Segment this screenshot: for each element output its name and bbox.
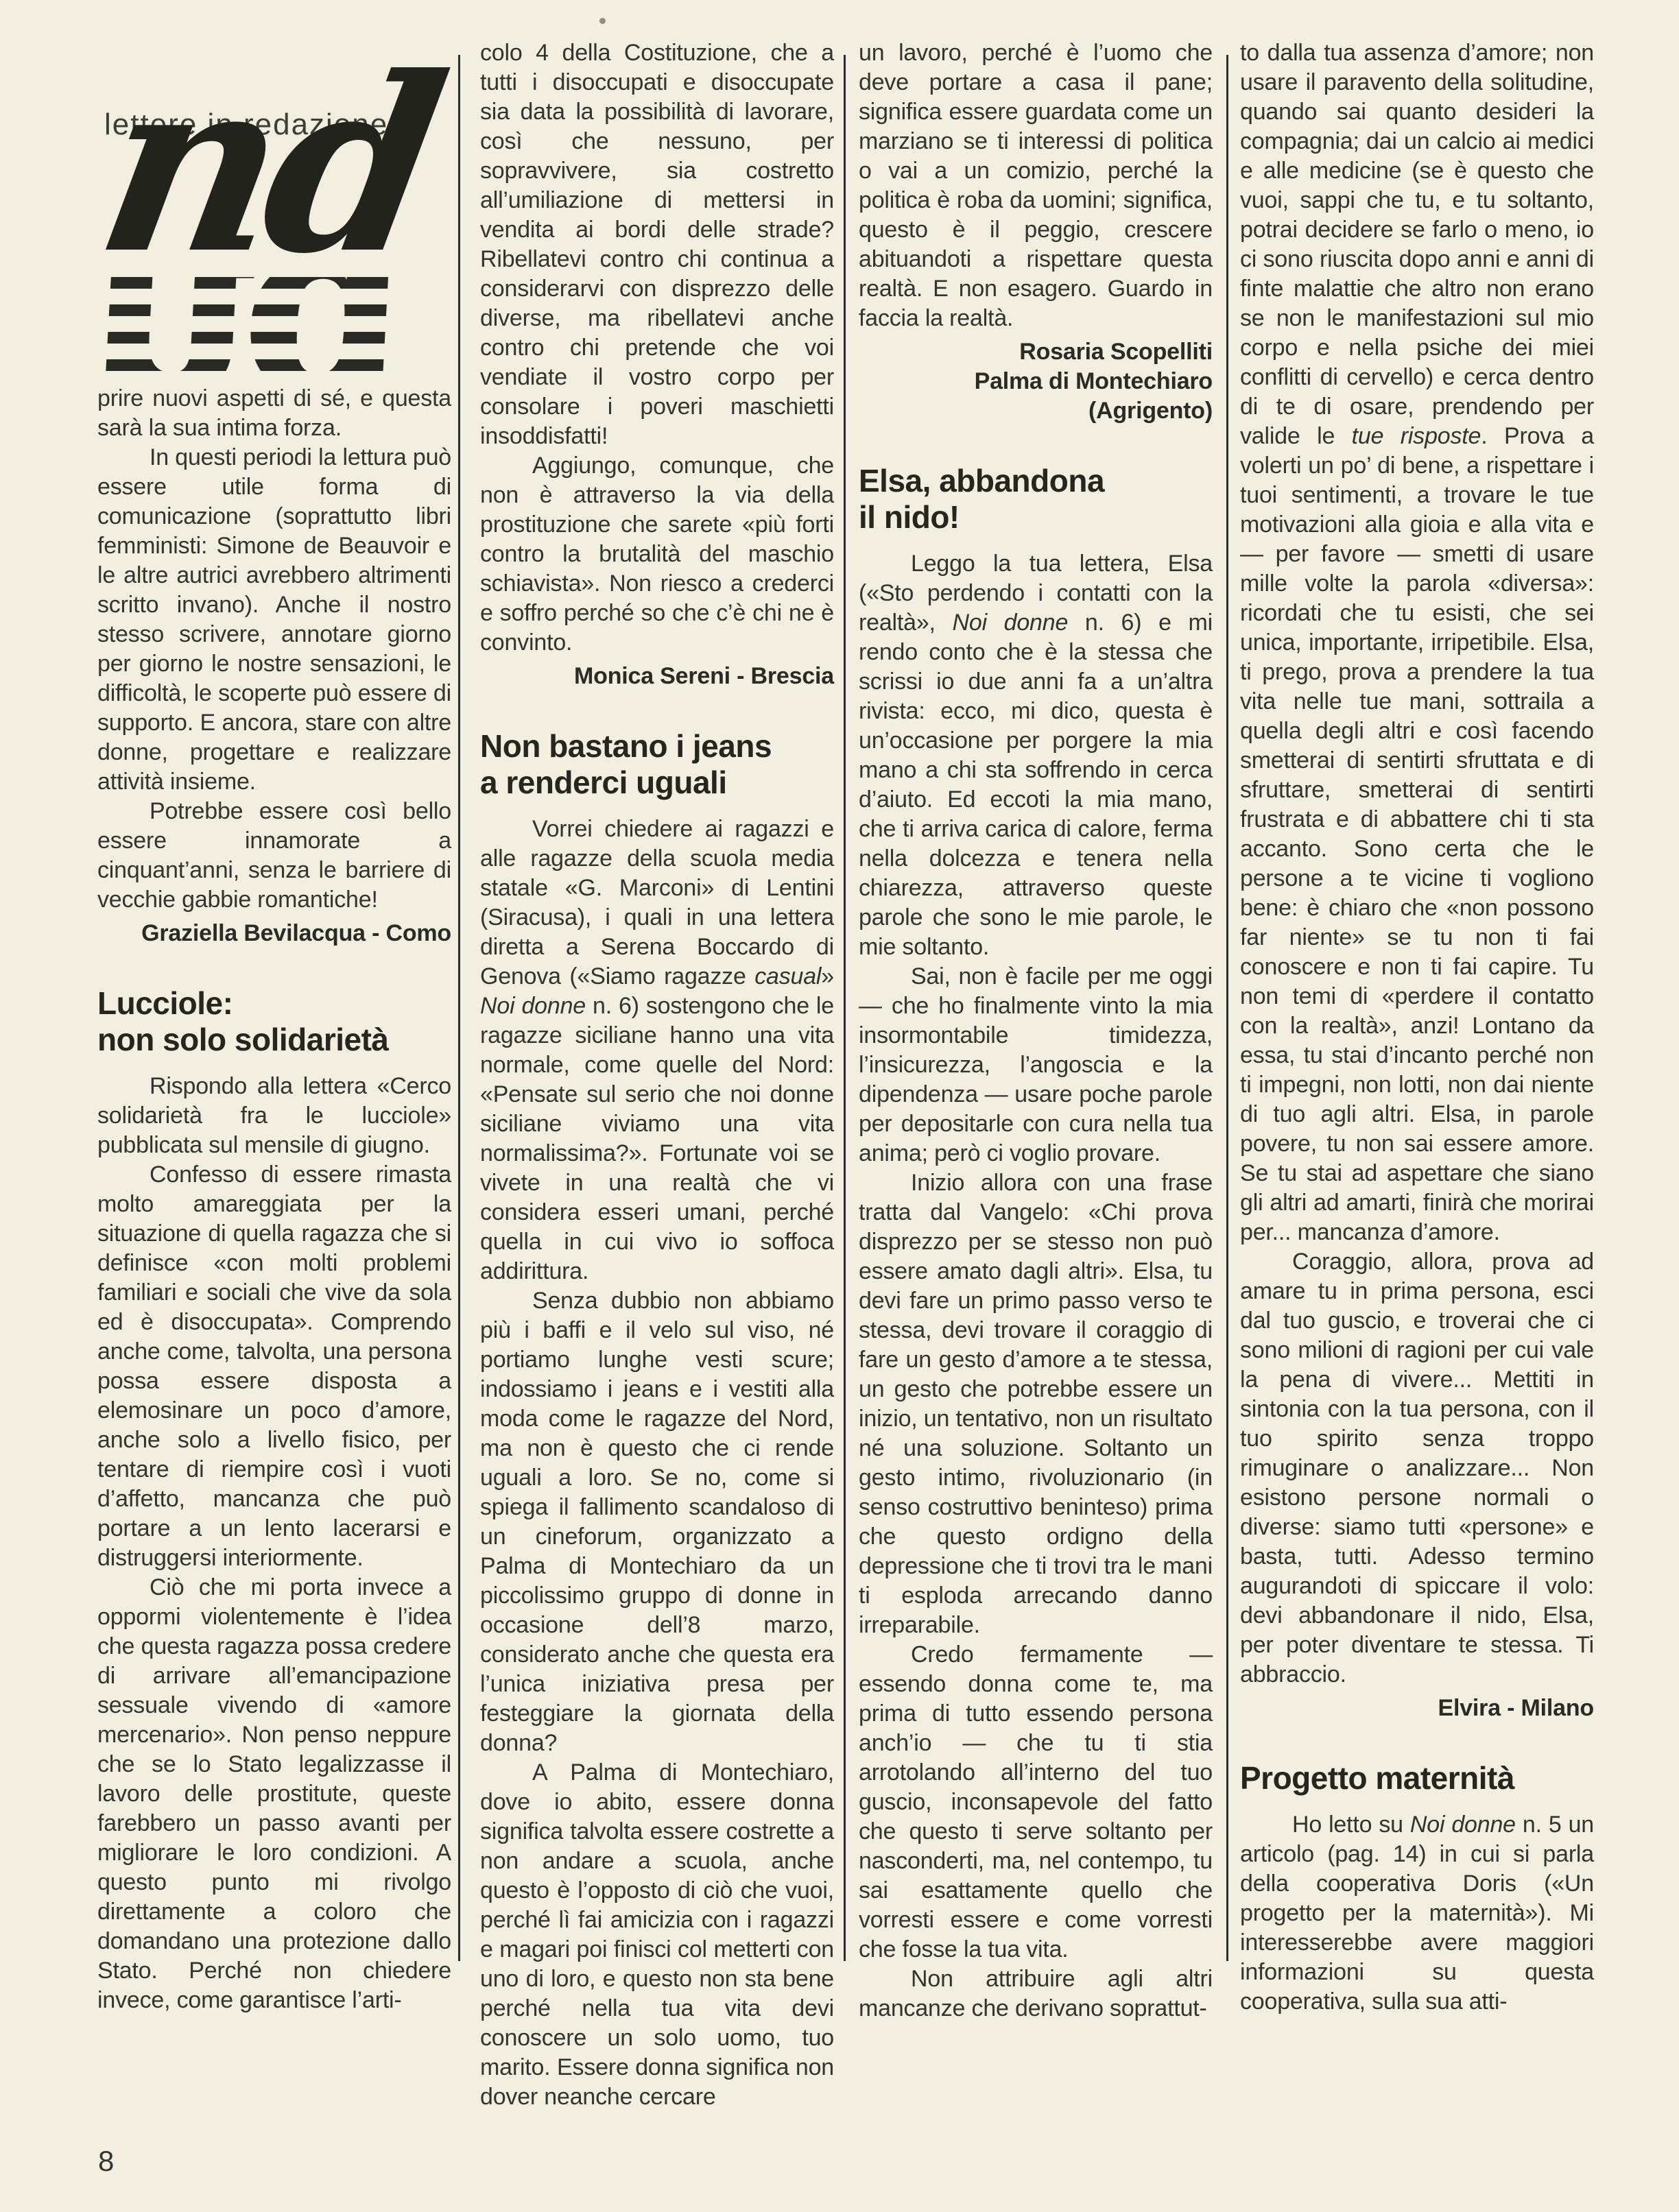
letter-paragraph: Leggo la tua lettera, Elsa («Sto perdend… (859, 549, 1213, 962)
letter-paragraph: Rispondo alla lettera «Cerco solidarietà… (97, 1072, 451, 1160)
letter-signature: Monica Sereni - Brescia (480, 662, 834, 691)
nd-logo-glyph: nd (86, 45, 449, 285)
letter-paragraph: un lavoro, perché è l’uomo che deve port… (859, 38, 1213, 333)
letter-heading: Elsa, abbandonail nido! (859, 463, 1213, 536)
column-divider (1226, 55, 1228, 1961)
letter-paragraph: to dalla tua assenza d’amore; non usare … (1240, 38, 1594, 1247)
letter-paragraph: Vorrei chiedere ai ragazzi e alle ragazz… (480, 815, 834, 1286)
letter-paragraph: In questi periodi la lettura può essere … (97, 443, 451, 797)
letter-paragraph: Credo fermamente — essendo donna come te… (859, 1640, 1213, 1964)
column-4: to dalla tua assenza d’amore; non usare … (1240, 38, 1594, 2017)
letter-heading: Progetto maternità (1240, 1760, 1594, 1796)
nd-logo-reflection: nd (93, 277, 464, 385)
letter-paragraph: Aggiungo, comunque, che non è attraverso… (480, 451, 834, 658)
letter-paragraph: Potrebbe essere così bello essere innamo… (97, 797, 451, 915)
nd-logo-reflection-glyph: nd (93, 277, 427, 385)
column-3: un lavoro, perché è l’uomo che deve port… (859, 38, 1213, 2023)
letter-paragraph: Ciò che mi porta invece a oppormi violen… (97, 1573, 451, 2015)
letter-heading: Lucciole:non solo solidarietà (97, 985, 451, 1058)
letter-signature: Rosaria ScopellitiPalma di Montechiaro(A… (859, 337, 1213, 426)
magazine-letters-page: lettere in redazione nd nd prire nuovi a… (0, 0, 1679, 2212)
letter-paragraph: Senza dubbio non abbiamo più i baffi e i… (480, 1286, 834, 1758)
column-2: colo 4 della Costituzione, che a tutti i… (480, 38, 834, 2112)
letter-paragraph: prire nuovi aspetti di sé, e questa sarà… (97, 384, 451, 443)
letter-paragraph: Coraggio, allora, prova ad amare tu in p… (1240, 1247, 1594, 1690)
nd-logo: lettere in redazione nd nd (97, 0, 451, 384)
letter-heading: Non bastano i jeansa renderci uguali (480, 728, 834, 801)
letter-paragraph: Non attribuire agli altri mancanze che d… (859, 1964, 1213, 2023)
letter-signature: Graziella Bevilacqua - Como (97, 919, 451, 948)
column-1: lettere in redazione nd nd prire nuovi a… (97, 0, 451, 2015)
letter-paragraph: Sai, non è facile per me oggi — che ho f… (859, 962, 1213, 1168)
letter-paragraph: A Palma di Montechiaro, dove io abito, e… (480, 1758, 834, 2112)
letter-paragraph: Confesso di essere rimasta molto amaregg… (97, 1160, 451, 1573)
column-divider (844, 55, 846, 1961)
letter-paragraph: colo 4 della Costituzione, che a tutti i… (480, 38, 834, 451)
letter-paragraph: Ho letto su Noi donne n. 5 un articolo (… (1240, 1810, 1594, 2017)
letter-paragraph: Inizio allora con una frase tratta dal V… (859, 1168, 1213, 1640)
letter-signature: Elvira - Milano (1240, 1694, 1594, 1723)
page-number: 8 (98, 2145, 114, 2178)
print-artifact-dot (599, 18, 606, 24)
